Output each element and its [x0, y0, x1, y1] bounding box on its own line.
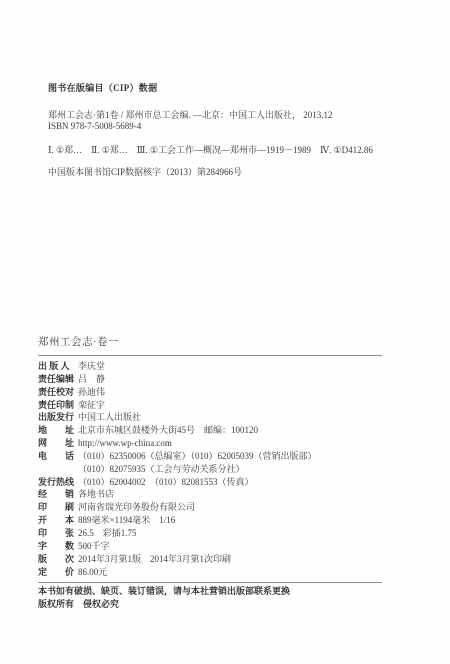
- row-label: 责任校对: [38, 386, 78, 399]
- cip-data-block: 图书在版编目（CIP）数据 郑州工会志·第1卷 / 郑州市总工会编. —北京：中…: [48, 83, 413, 178]
- row-label: 出 版 人: [38, 360, 78, 373]
- info-row-telephone: 电 话 （010）62350006（总编室）（010）62005039（营销出版…: [38, 450, 408, 463]
- row-value: 889毫米×1194毫米 1/16: [78, 514, 408, 527]
- row-value: 栾征宇: [78, 399, 408, 412]
- publication-info-list: 出 版 人 李庆堂 责任编辑 吕 静 责任校对 孙迪伟 责任印制 栾征宇 出版发…: [38, 360, 408, 578]
- row-value: （010）62004002 （010）82081553（传真）: [78, 476, 408, 489]
- row-value: （010）82075935（工会与劳动关系分社）: [78, 463, 408, 476]
- row-value: 26.5 彩插1.75: [78, 527, 408, 540]
- isbn-line: ISBN 978-7-5008-5689-4: [48, 121, 413, 132]
- row-value: 河南省瑞光印务股份有限公司: [78, 501, 408, 514]
- row-value: 李庆堂: [78, 360, 408, 373]
- row-value: 500千字: [78, 540, 408, 553]
- row-label: 责任印制: [38, 399, 78, 412]
- row-value: 北京市东城区鼓楼外大街45号 邮编：100120: [78, 424, 408, 437]
- row-value: 中国工人出版社: [78, 411, 408, 424]
- book-copyright-page: 图书在版编目（CIP）数据 郑州工会志·第1卷 / 郑州市总工会编. —北京：中…: [0, 0, 450, 664]
- row-label: 字 数: [38, 540, 78, 553]
- row-label: 发行热线: [38, 476, 78, 489]
- row-label: 印 张: [38, 527, 78, 540]
- info-row-price: 定 价 86.00元: [38, 566, 408, 579]
- row-label: 版 次: [38, 553, 78, 566]
- row-value: 孙迪伟: [78, 386, 408, 399]
- info-row-format: 开 本 889毫米×1194毫米 1/16: [38, 514, 408, 527]
- row-label: 经 销: [38, 488, 78, 501]
- info-row-print-supervisor: 责任印制 栾征宇: [38, 399, 408, 412]
- row-label: 印 刷: [38, 501, 78, 514]
- info-row-editor: 责任编辑 吕 静: [38, 373, 408, 386]
- info-row-sheets: 印 张 26.5 彩插1.75: [38, 527, 408, 540]
- info-row-word-count: 字 数 500千字: [38, 540, 408, 553]
- row-label: 网 址: [38, 437, 78, 450]
- notices-block: 本书如有破损、缺页、装订错误，请与本社营销出版部联系更换 版权所有 侵权必究: [38, 585, 408, 610]
- notice-divider-rule: [38, 582, 382, 583]
- info-row-edition: 版 次 2014年3月第1版 2014年3月第1次印刷: [38, 553, 408, 566]
- info-row-distribution-hotline: 发行热线 （010）62004002 （010）82081553（传真）: [38, 476, 408, 489]
- cip-classification-line: Ⅰ. ①郑… Ⅱ. ①郑… Ⅲ. ①工会工作—概况—郑州市—1919－1989 …: [48, 145, 413, 156]
- cip-header: 图书在版编目（CIP）数据: [48, 83, 413, 94]
- book-title: 郑州工会志·卷一: [38, 334, 119, 349]
- row-value: 86.00元: [78, 566, 408, 579]
- info-row-proofreader: 责任校对 孙迪伟: [38, 386, 408, 399]
- row-value: 吕 静: [78, 373, 408, 386]
- row-label: 责任编辑: [38, 373, 78, 386]
- damage-replacement-notice: 本书如有破损、缺页、装订错误，请与本社营销出版部联系更换: [38, 585, 408, 598]
- info-row-distributor: 经 销 各地书店: [38, 488, 408, 501]
- row-label: 定 价: [38, 566, 78, 579]
- row-value: http://www.wp-china.com: [78, 437, 408, 450]
- row-label: 地 址: [38, 424, 78, 437]
- cip-record-number-line: 中国版本图书馆CIP数据核字（2013）第284966号: [48, 167, 413, 178]
- row-value: 各地书店: [78, 488, 408, 501]
- info-row-publisher-person: 出 版 人 李庆堂: [38, 360, 408, 373]
- info-row-website: 网 址 http://www.wp-china.com: [38, 437, 408, 450]
- row-label: 电 话: [38, 450, 78, 463]
- copyright-notice: 版权所有 侵权必究: [38, 598, 408, 611]
- info-row-address: 地 址 北京市东城区鼓楼外大街45号 邮编：100120: [38, 424, 408, 437]
- row-value: （010）62350006（总编室）（010）62005039（营销出版部）: [78, 450, 408, 463]
- row-label: 开 本: [38, 514, 78, 527]
- row-label: 出版发行: [38, 411, 78, 424]
- info-row-telephone-cont: （010）82075935（工会与劳动关系分社）: [38, 463, 408, 476]
- title-divider-rule: [38, 355, 382, 356]
- info-row-publisher: 出版发行 中国工人出版社: [38, 411, 408, 424]
- row-value: 2014年3月第1版 2014年3月第1次印刷: [78, 553, 408, 566]
- info-row-printer: 印 刷 河南省瑞光印务股份有限公司: [38, 501, 408, 514]
- cip-title-line: 郑州工会志·第1卷 / 郑州市总工会编. —北京：中国工人出版社， 2013.1…: [48, 110, 413, 121]
